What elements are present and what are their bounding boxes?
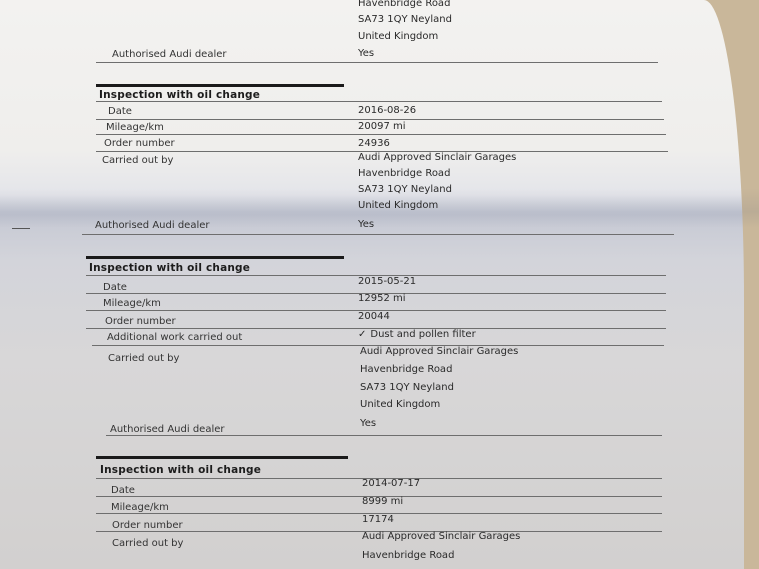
authorised-value: Yes (358, 219, 374, 230)
date-value: 2015-05-21 (358, 276, 416, 287)
section-heading: Inspection with oil change (100, 464, 261, 476)
order-value: 20044 (358, 311, 390, 322)
address-line: Havenbridge Road (362, 550, 454, 561)
order-label: Order number (112, 520, 183, 531)
address-line: Audi Approved Sinclair Garages (358, 152, 516, 163)
mileage-label: Mileage/km (103, 298, 161, 309)
address-line: Havenbridge Road (358, 0, 450, 9)
date-label: Date (103, 282, 127, 293)
mileage-value: 20097 mi (358, 121, 406, 132)
address-line: Havenbridge Road (358, 168, 450, 179)
additional-work-text: Dust and pollen filter (370, 329, 475, 340)
carried-out-label: Carried out by (102, 155, 173, 166)
authorised-value: Yes (358, 48, 374, 59)
date-label: Date (108, 106, 132, 117)
address-line: Audi Approved Sinclair Garages (360, 346, 518, 357)
divider (96, 62, 658, 63)
authorised-value: Yes (360, 418, 376, 429)
carried-out-label: Carried out by (108, 353, 179, 364)
section-heading: Inspection with oil change (89, 262, 250, 274)
address-line: United Kingdom (358, 31, 438, 42)
mileage-value: 12952 mi (358, 293, 406, 304)
checkmark-icon: ✓ (358, 329, 366, 340)
authorised-label: Authorised Audi dealer (110, 424, 225, 435)
order-label: Order number (104, 138, 175, 149)
additional-work-value: ✓Dust and pollen filter (358, 329, 476, 340)
divider (96, 101, 662, 102)
additional-work-label: Additional work carried out (107, 332, 242, 343)
section-rule (96, 84, 344, 87)
carried-out-label: Carried out by (112, 538, 183, 549)
address-line: United Kingdom (360, 399, 440, 410)
divider (12, 228, 30, 229)
address-line: SA73 1QY Neyland (358, 14, 452, 25)
address-line: United Kingdom (358, 200, 438, 211)
mileage-label: Mileage/km (106, 122, 164, 133)
divider (96, 119, 664, 120)
mileage-label: Mileage/km (111, 502, 169, 513)
address-line: Havenbridge Road (360, 364, 452, 375)
address-line: SA73 1QY Neyland (358, 184, 452, 195)
order-label: Order number (105, 316, 176, 327)
address-line: SA73 1QY Neyland (360, 382, 454, 393)
date-label: Date (111, 485, 135, 496)
order-value: 17174 (362, 514, 394, 525)
order-value: 24936 (358, 138, 390, 149)
mileage-value: 8999 mi (362, 496, 403, 507)
authorised-label: Authorised Audi dealer (112, 49, 227, 60)
divider (82, 234, 674, 235)
date-value: 2014-07-17 (362, 478, 420, 489)
section-rule (96, 456, 348, 459)
section-heading: Inspection with oil change (99, 89, 260, 101)
authorised-label: Authorised Audi dealer (95, 220, 210, 231)
divider (96, 134, 666, 135)
address-line: Audi Approved Sinclair Garages (362, 531, 520, 542)
section-rule (86, 256, 344, 259)
date-value: 2016-08-26 (358, 105, 416, 116)
divider (106, 435, 662, 436)
